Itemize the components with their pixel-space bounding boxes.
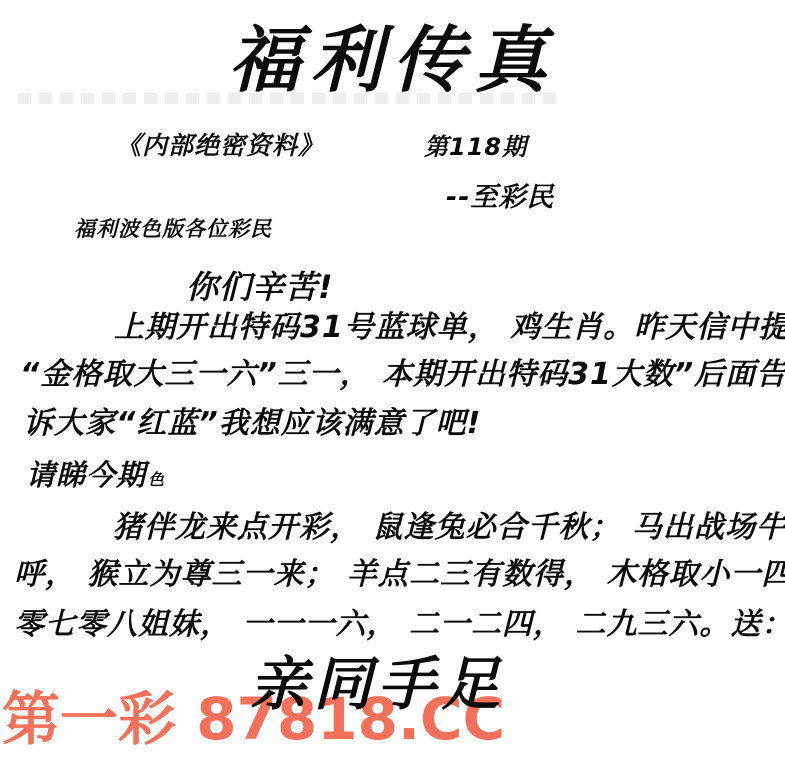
paragraph-line: “金格取大三一六”三一， 本期开出特码31大数”后面告 <box>20 360 785 390</box>
fax-document: 福利传真 《内部绝密资料》 第118期 --至彩民 福利波色版各位彩民 你们辛苦… <box>0 0 785 772</box>
paragraph-line: 上期开出特码31号蓝球单， 鸡生肖。昨天信中提供 <box>114 313 785 343</box>
tip-prompt: 请睇今期色 <box>26 461 165 490</box>
tip-prompt-text: 请睇今期 <box>26 458 146 492</box>
salutation: 福利波色版各位彩民 <box>74 219 272 240</box>
poem-line: 呼， 猴立为尊三一来； 羊点二三有数得， 木格取小一四六。 <box>14 560 785 590</box>
source-label: 《内部绝密资料》 <box>116 133 324 158</box>
faint-print-artifact <box>18 93 563 104</box>
poem-line: 猪伴龙来点开彩， 鼠逢兔必合千秋； 马出战场牛欢 <box>113 513 785 543</box>
greeting-text: 你们辛苦! <box>186 271 334 303</box>
byline: --至彩民 <box>446 184 554 211</box>
poem-line: 零七零八姐妹， 一一一六， 二一二四， 二九三六。送： 蓝绿 <box>14 610 785 640</box>
issue-number-label: 第118期 <box>424 135 527 159</box>
page-title: 福利传真 <box>0 24 785 96</box>
paragraph-line: 诉大家“红蓝”我想应该满意了吧! <box>23 409 481 439</box>
closing-title: 亲同手足 <box>0 655 755 713</box>
tip-prompt-suffix: 色 <box>148 470 165 489</box>
